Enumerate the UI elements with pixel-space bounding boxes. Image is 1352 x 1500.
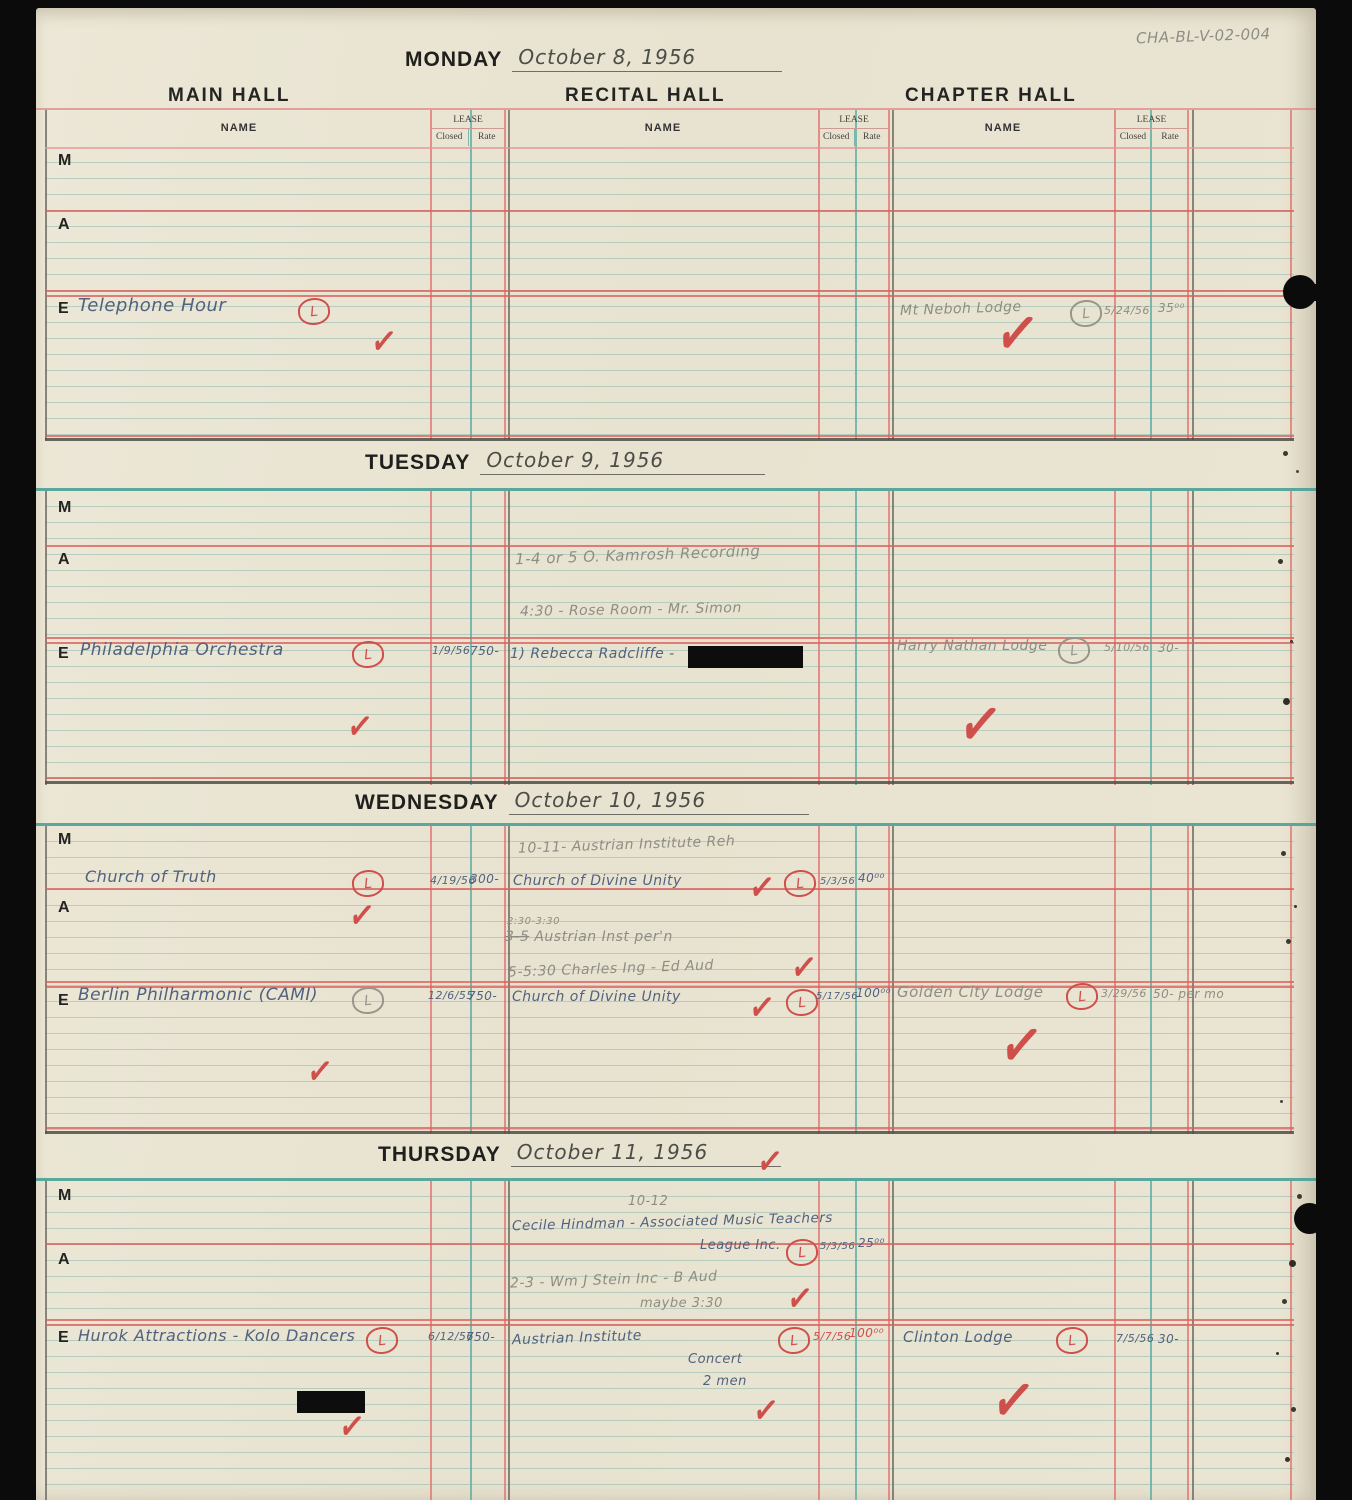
row-label-evening: E	[58, 645, 69, 663]
rate-label: Rate	[469, 129, 506, 146]
column-line	[818, 110, 820, 440]
entry-recital-note-time: 2:30-3:30	[507, 916, 560, 927]
row-label-afternoon: A	[58, 551, 70, 569]
entry-recital-morning-cont: League Inc.	[700, 1239, 781, 1253]
monday-header: MONDAY October 8, 1956	[405, 45, 782, 72]
lease-header: LEASE ClosedRate	[1114, 113, 1188, 146]
row-line	[45, 147, 1294, 149]
scan-speckles	[0, 0, 3, 3]
entry-chapter-evening: Golden City Lodge	[897, 984, 1043, 1001]
column-line	[892, 1181, 894, 1500]
thursday-section: M A E 10-12 Cecile Hindman - Associated …	[36, 1178, 1316, 1500]
row-label-morning: M	[58, 499, 71, 517]
rate-value: 25⁰⁰	[858, 1237, 885, 1250]
struck-time: 3-5	[505, 929, 529, 945]
day-date-handwritten: October 10, 1956	[509, 788, 809, 815]
row-label-morning: M	[58, 1187, 71, 1205]
name-column-header: NAME	[943, 122, 1063, 134]
day-date-handwritten: October 9, 1956	[480, 448, 765, 475]
rate-value: 750-	[466, 1331, 495, 1344]
column-line	[1290, 110, 1292, 440]
column-line	[430, 826, 432, 1134]
row-label-afternoon: A	[58, 1251, 70, 1269]
day-name-label: WEDNESDAY	[355, 791, 499, 815]
day-date-handwritten: October 11, 1956	[511, 1140, 781, 1167]
recital-hall-title: RECITAL HALL	[565, 85, 726, 107]
entry-recital-evening: Church of Divine Unity	[512, 990, 681, 1005]
lease-header: LEASE ClosedRate	[818, 113, 889, 146]
row-line	[45, 1127, 1294, 1129]
column-line	[508, 1181, 510, 1500]
day-name-label: THURSDAY	[378, 1143, 501, 1167]
closed-label: Closed	[431, 129, 469, 146]
column-line	[888, 110, 890, 440]
entry-recital-afternoon-note: maybe 3:30	[640, 1297, 723, 1311]
row-label-morning: M	[58, 152, 71, 170]
rate-value: 35⁰⁰	[1158, 302, 1185, 315]
column-line	[1114, 110, 1116, 440]
closed-date: 3/29/56	[1101, 988, 1147, 1000]
entry-chapter-evening: Harry Nathan Lodge	[897, 639, 1047, 654]
lease-label: LEASE	[431, 113, 505, 129]
closed-date: 1/9/56	[432, 645, 470, 657]
chapter-hall-title: CHAPTER HALL	[905, 85, 1077, 107]
column-line	[1150, 826, 1152, 1134]
column-line	[855, 1181, 857, 1500]
section-bottom-line	[45, 1131, 1294, 1134]
row-line	[45, 435, 1294, 437]
column-line	[1290, 826, 1292, 1134]
wednesday-header: WEDNESDAY October 10, 1956	[355, 788, 809, 815]
closed-date: 5/7/56	[813, 1331, 851, 1343]
day-name-label: MONDAY	[405, 48, 502, 72]
column-line	[1187, 110, 1189, 440]
entry-recital-afternoon: Church of Divine Unity	[513, 874, 682, 889]
row-line	[45, 777, 1294, 779]
column-line	[855, 110, 857, 440]
row-line	[45, 981, 1294, 983]
row-label-afternoon: A	[58, 899, 70, 917]
row-line	[45, 210, 1294, 212]
column-line	[430, 110, 432, 440]
column-line	[1187, 826, 1189, 1134]
entry-main-evening: Philadelphia Orchestra	[80, 641, 284, 660]
row-label-afternoon: A	[58, 216, 70, 234]
section-bottom-line	[45, 438, 1294, 441]
row-line	[45, 1319, 1294, 1321]
entry-main-evening: Berlin Philharmonic (CAMI)	[78, 986, 318, 1005]
rate-value: 50- per mo	[1153, 988, 1224, 1001]
table-border	[45, 110, 47, 440]
rate-label: Rate	[1152, 129, 1188, 146]
lease-label: LEASE	[819, 113, 889, 129]
column-line	[470, 110, 472, 440]
rate-label: Rate	[855, 129, 890, 146]
column-line	[504, 1181, 506, 1500]
monday-section: NAME NAME NAME LEASE ClosedRate LEASE Cl…	[36, 108, 1316, 440]
column-line	[1114, 826, 1116, 1134]
column-line	[508, 110, 510, 440]
thursday-header: THURSDAY October 11, 1956	[378, 1140, 781, 1167]
column-line	[818, 826, 820, 1134]
rate-value: 750-	[470, 645, 499, 658]
rate-value: 100⁰⁰	[849, 1327, 884, 1340]
closed-date: 5/17/56	[816, 991, 858, 1002]
wednesday-section: M A E 10-11- Austrian Institute Reh Chur…	[36, 823, 1316, 1134]
column-line	[892, 826, 894, 1134]
lease-header: LEASE ClosedRate	[430, 113, 505, 146]
ledger-paper: CHA-BL-V-02-004 MONDAY October 8, 1956 M…	[36, 8, 1316, 1500]
entry-main-evening: Telephone Hour	[78, 296, 226, 316]
column-line	[1290, 1181, 1292, 1500]
row-label-evening: E	[58, 992, 69, 1010]
archive-id: CHA-BL-V-02-004	[1136, 26, 1271, 47]
closed-date: 5/3/56	[820, 876, 855, 887]
column-line	[1192, 826, 1194, 1134]
name-column-header: NAME	[603, 122, 723, 134]
entry-main-evening: Hurok Attractions - Kolo Dancers	[78, 1327, 355, 1345]
section-bottom-line	[45, 781, 1294, 784]
row-line	[45, 1243, 1294, 1245]
main-hall-title: MAIN HALL	[168, 85, 290, 107]
table-border	[45, 1181, 47, 1500]
row-label-evening: E	[58, 1329, 69, 1347]
column-line	[855, 826, 857, 1134]
tuesday-header: TUESDAY October 9, 1956	[365, 448, 765, 475]
row-line	[45, 637, 1294, 639]
name-column-header: NAME	[179, 122, 299, 134]
closed-date: 5/3/56	[820, 1241, 855, 1252]
closed-label: Closed	[819, 129, 855, 146]
column-line	[1192, 110, 1194, 440]
rate-value: 40⁰⁰	[858, 872, 885, 885]
tuesday-section: M A E 1-4 or 5 O. Kamrosh Recording 4:30…	[36, 488, 1316, 785]
column-line	[888, 1181, 890, 1500]
column-line	[1192, 1181, 1194, 1500]
note-text: Austrian Inst per'n	[534, 929, 673, 945]
row-line	[45, 295, 1294, 297]
closed-label: Closed	[1115, 129, 1152, 146]
scanned-ledger-page: CHA-BL-V-02-004 MONDAY October 8, 1956 M…	[0, 0, 1352, 1500]
table-border	[45, 826, 47, 1134]
closed-date: 7/5/56	[1116, 1333, 1154, 1345]
entry-recital-morning-time: 10-12	[628, 1195, 668, 1209]
rate-value: 750-	[468, 990, 497, 1003]
entry-main-afternoon: Church of Truth	[85, 868, 217, 886]
entry-recital-evening: 1) Rebecca Radcliffe -	[510, 647, 675, 662]
entry-recital-note: 3-5 Austrian Inst per'n	[505, 930, 673, 945]
column-line	[504, 110, 506, 440]
column-line	[1150, 110, 1152, 440]
column-line	[892, 110, 894, 440]
closed-date: 5/24/56	[1104, 305, 1150, 317]
check-mark: ✓	[755, 1142, 784, 1182]
closed-date: 5/10/56	[1104, 642, 1150, 654]
rate-value: 300-	[470, 873, 499, 886]
redaction-box	[688, 646, 803, 668]
row-label-evening: E	[58, 300, 69, 318]
row-label-morning: M	[58, 831, 71, 849]
ruled-lines	[45, 147, 1294, 440]
column-line	[504, 826, 506, 1134]
day-name-label: TUESDAY	[365, 451, 470, 475]
column-line	[888, 826, 890, 1134]
lease-label: LEASE	[1115, 113, 1188, 129]
rate-value: 100⁰⁰	[856, 987, 891, 1000]
rate-value: 30-	[1158, 642, 1179, 655]
entry-recital-evening-note: Concert	[688, 1353, 742, 1367]
entry-recital-evening-note-2: 2 men	[703, 1375, 747, 1389]
binder-hole-tab	[1308, 1211, 1352, 1226]
column-line	[1187, 1181, 1189, 1500]
entry-chapter-evening: Clinton Lodge	[903, 1329, 1013, 1346]
rate-value: 30-	[1158, 1333, 1179, 1346]
day-date-handwritten: October 8, 1956	[512, 45, 782, 72]
binder-hole-tab	[1300, 284, 1352, 301]
row-line	[45, 290, 1294, 292]
